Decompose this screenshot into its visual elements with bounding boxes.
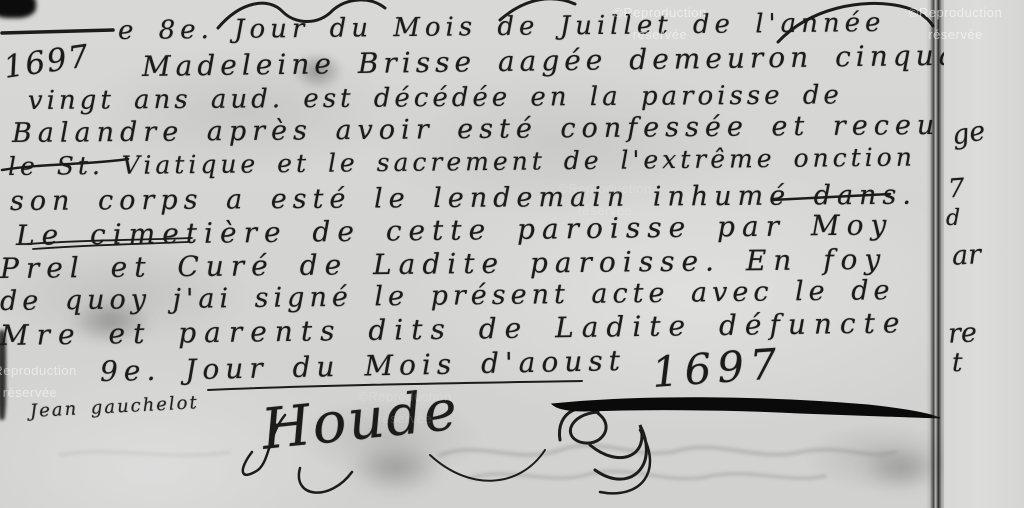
act-year-large: 1697 (650, 339, 784, 397)
manuscript-line-2: Madeleine Brisse aagée demeuron cinquant (142, 38, 1000, 83)
facing-page-fragment-1: ge (950, 116, 988, 152)
watermark-line1: ©Reproduction (0, 360, 105, 382)
manuscript-line-3: vingt ans aud. est décédée en la paroiss… (28, 80, 843, 116)
signature-witness: Jean gauchelot (29, 392, 199, 422)
margin-year: 1697 (1, 38, 92, 86)
manuscript-line-5: le St. Viatique et le sacrement de l'ext… (8, 142, 916, 181)
register-page-scan: e 8e. Jour du Mois de Juillet de l'année… (0, 0, 1024, 508)
facing-page-fragment-3: d (946, 206, 960, 231)
facing-page-fragment-2: 7 (947, 173, 966, 204)
heavy-ink-stroke (552, 398, 940, 418)
manuscript-line-11: 9e. Jour du Mois d'aoust (100, 344, 627, 388)
signature-priest: Houde (259, 378, 462, 463)
corner-ink-mark (0, 0, 36, 18)
facing-page-fragment-5: re (947, 317, 977, 349)
facing-page-fragment-6: t (952, 348, 962, 378)
facing-page-fragment-4: ar (951, 239, 982, 271)
